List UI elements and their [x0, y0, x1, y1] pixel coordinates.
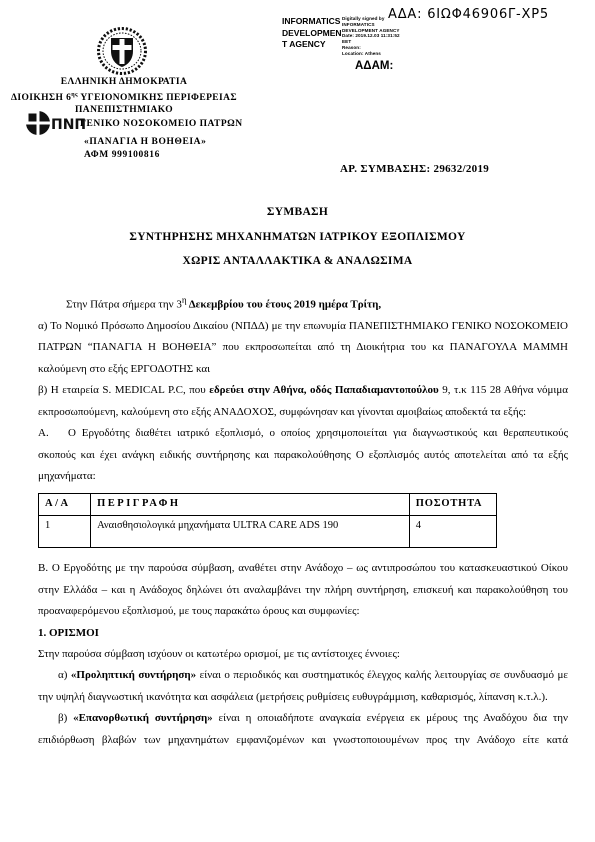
intro-paragraph: Στην Πάτρα σήμερα την 3η Δεκεμβρίου του … [38, 290, 568, 316]
administration-line: ΔΙΟΙΚΗΣΗ 6ης ΥΓΕΙΟΝΟΜΙΚΗΣ ΠΕΡΙΦΕΡΕΙΑΣ [4, 89, 244, 105]
definition-a-paragraph: α) «Προληπτική συντήρηση» είναι ο περιοδ… [38, 665, 568, 708]
clause-A-paragraph: Α.Ο Εργοδότης διαθέτει ιατρικό εξοπλισμό… [38, 423, 568, 487]
section-1-intro: Στην παρούσα σύμβαση ισχύουν οι κατωτέρω… [38, 644, 568, 665]
definition-b-paragraph: β) «Επανορθωτική συντήρηση» είναι η οποι… [38, 708, 568, 751]
adam-label: ΑΔΑΜ: [355, 60, 393, 72]
agency-stamp-line: INFORMATICS [282, 16, 344, 28]
cell-index: 1 [39, 516, 91, 548]
title-line-1: ΣΥΜΒΑΣΗ [0, 206, 595, 218]
equipment-table: Α/Α ΠΕΡΙΓΡΑΦΗ ΠΟΣΟΤΗΤΑ 1 Αναισθησιολογικ… [38, 493, 497, 548]
hospital-subtitle: «ΠΑΝΑΓΙΑ Η ΒΟΗΘΕΙΑ» [84, 137, 207, 147]
republic-line: ΕΛΛΗΝΙΚΗ ΔΗΜΟΚΡΑΤΙΑ [4, 76, 244, 89]
digital-signature-details: Digitally signed by INFORMATICS DEVELOPM… [342, 16, 400, 57]
definition-a-term: «Προληπτική συντήρηση» [71, 669, 196, 681]
ada-code: ΑΔΑ: 6ΙΩΦ46906Γ-ΧΡ5 [388, 7, 549, 22]
hospital-logo-icon: ΠΝΠ [25, 108, 87, 138]
document-body: Στην Πάτρα σήμερα την 3η Δεκεμβρίου του … [38, 290, 568, 751]
contract-document-page: ΑΔΑ: 6ΙΩΦ46906Γ-ΧΡ5 INFORMATICS DEVELOPM… [0, 0, 595, 842]
party-b-paragraph: β) Η εταιρεία S. MEDICAL P.C, που εδρεύε… [38, 380, 568, 423]
party-a-paragraph: α) Το Νομικό Πρόσωπο Δημοσίου Δικαίου (Ν… [38, 316, 568, 380]
greek-national-emblem-icon [96, 26, 148, 76]
intro-date-bold: Δεκεμβρίου του έτους 2019 ημέρα Τρίτη, [187, 299, 381, 311]
document-title: ΣΥΜΒΑΣΗ ΣΥΝΤΗΡΗΣΗΣ ΜΗΧΑΝΗΜΑΤΩΝ ΙΑΤΡΙΚΟΥ … [0, 206, 595, 280]
clause-B-paragraph: Β. Ο Εργοδότης με την παρούσα σύμβαση, α… [38, 558, 568, 622]
cell-description: Αναισθησιολογικά μηχανήματα ULTRA CARE A… [91, 516, 410, 548]
contractor-address-bold: εδρεύει στην Αθήνα, οδός Παπαδιαμαντοπού… [209, 384, 438, 396]
informatics-agency-stamp: INFORMATICS DEVELOPMEN T AGENCY [282, 16, 344, 51]
clause-A-label: Α. [38, 423, 68, 444]
intro-text: Στην Πάτρα σήμερα την 3 [66, 299, 182, 311]
title-line-3: ΧΩΡΙΣ ΑΝΤΑΛΛΑΚΤΙΚΑ & ΑΝΑΛΩΣΙΜΑ [0, 255, 595, 267]
title-line-2: ΣΥΝΤΗΡΗΣΗΣ ΜΗΧΑΝΗΜΑΤΩΝ ΙΑΤΡΙΚΟΥ ΕΞΟΠΛΙΣΜ… [0, 231, 595, 243]
section-1-heading: 1. ΟΡΙΣΜΟΙ [38, 623, 568, 644]
equipment-table-header-row: Α/Α ΠΕΡΙΓΡΑΦΗ ΠΟΣΟΤΗΤΑ [39, 494, 497, 516]
equipment-table-row: 1 Αναισθησιολογικά μηχανήματα ULTRA CARE… [39, 516, 497, 548]
contract-number: ΑΡ. ΣΥΜΒΑΣΗΣ: 29632/2019 [340, 163, 489, 175]
col-header-index: Α/Α [39, 494, 91, 516]
signature-line: Location: Athens [342, 51, 400, 57]
col-header-quantity: ΠΟΣΟΤΗΤΑ [409, 494, 496, 516]
definition-b-term: «Επανορθωτική συντήρηση» [73, 712, 213, 724]
agency-stamp-line: T AGENCY [282, 39, 344, 51]
hospital-name: ΓΕΝΙΚΟ ΝΟΣΟΚΟΜΕΙΟ ΠΑΤΡΩΝ [80, 119, 243, 129]
agency-stamp-line: DEVELOPMEN [282, 28, 344, 40]
col-header-description: ΠΕΡΙΓΡΑΦΗ [91, 494, 410, 516]
hospital-afm: ΑΦΜ 999100816 [84, 150, 160, 160]
cell-quantity: 4 [409, 516, 496, 548]
